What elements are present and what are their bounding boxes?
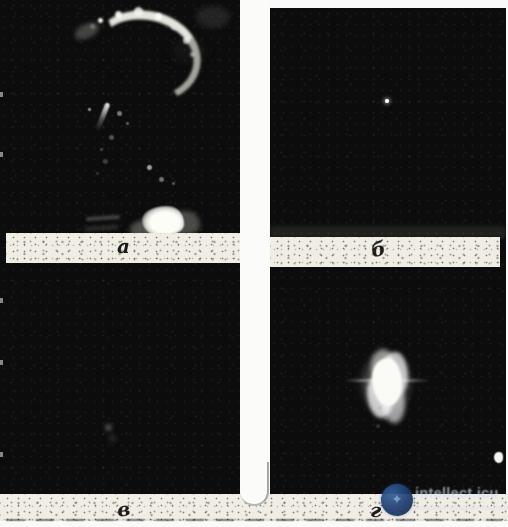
caption-band-a: а	[6, 233, 240, 263]
film-edge-tick	[0, 298, 3, 303]
bright-blob-feature-a	[142, 206, 184, 236]
film-edge-tick	[0, 452, 3, 457]
panel-label-b: б	[369, 238, 387, 261]
column-divider-gutter	[240, 0, 269, 470]
film-edge-tick	[0, 360, 3, 365]
edge-speck-feature	[494, 452, 503, 463]
watermark-logo-icon: ✦	[381, 484, 413, 516]
film-edge-tick	[0, 92, 3, 97]
film-edge-tick	[0, 152, 3, 157]
gray-mottle-feature	[196, 6, 230, 28]
panel-label-v: в	[116, 498, 131, 519]
bright-streak-feature	[95, 102, 111, 132]
gray-dashes-feature	[86, 215, 120, 221]
photo-panel-right-column: б	[270, 8, 506, 497]
photo-panel-left-column: а	[0, 0, 240, 494]
divider-rounded-tip	[240, 462, 269, 506]
watermark-site-text: intellect.icu	[415, 486, 499, 502]
crescent-speckles-feature	[98, 18, 103, 23]
faint-specks-feature-g	[378, 406, 382, 410]
watermark-logo-glyph: ✦	[391, 492, 403, 508]
figure-plate: а б в г ✦ intellect.icu интеллектуальные…	[0, 0, 508, 527]
speck-cluster-feature	[88, 108, 91, 111]
page-edge-shadow-line	[6, 519, 502, 521]
panel-label-a: а	[117, 236, 130, 256]
faint-spot-feature-v	[105, 424, 112, 431]
watermark-tagline: интеллектуальные технологии	[414, 505, 508, 512]
caption-band-b: б	[270, 237, 500, 267]
watermark: ✦ intellect.icu интеллектуальные техноло…	[378, 483, 508, 519]
tiny-star-dot-feature-b	[385, 99, 389, 103]
